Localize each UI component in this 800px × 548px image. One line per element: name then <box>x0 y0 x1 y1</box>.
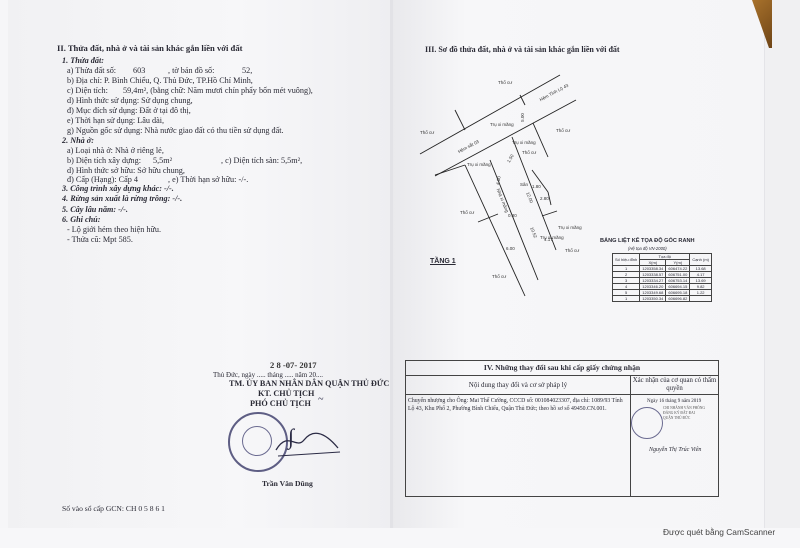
note-1: - Lộ giới hẻm theo hiện hữu. <box>67 225 161 235</box>
th-edge: Cạnh (m) <box>690 254 712 266</box>
house-type: a) Loại nhà ở: Nhà ở riêng lẻ, <box>67 146 164 156</box>
coordinate-table: Số hiệu đỉnh Tọa độ Cạnh (m) X(m) Y(m) 1… <box>612 253 712 302</box>
coord-row: 11203350.34606696.82 <box>613 296 712 302</box>
coord-cell: 1203338.57 <box>640 272 666 278</box>
page-fold <box>390 0 393 528</box>
signature-initial: ~ <box>318 394 323 405</box>
registry-number: Số vào sổ cấp GCN: CH 0 5 8 6 1 <box>62 504 165 514</box>
coord-cell <box>690 296 712 302</box>
vice-chair-title: PHÓ CHỦ TỊCH <box>250 399 311 409</box>
use-term: e) Thời hạn sử dụng: Lâu dài, <box>67 116 164 126</box>
area-value: 59,4m², (bằng chữ: Năm mươi chín phẩy bố… <box>123 86 313 96</box>
coord-cell: 1203358.34 <box>640 266 666 272</box>
label-residential-right: Thổ cư <box>556 128 570 133</box>
label-pillar-1: Trụ xi măng <box>490 122 514 127</box>
signature-stroke <box>268 420 348 460</box>
changes-title: IV. Những thay đổi sau khi cấp giấy chứn… <box>406 361 718 376</box>
land-origin: g) Nguồn gốc sử dụng: Nhà nước giao đất … <box>67 126 284 136</box>
map-number: 52, <box>242 66 252 76</box>
chair-title: KT. CHỦ TỊCH <box>258 389 314 399</box>
coord-table-title: BẢNG LIỆT KÊ TỌA ĐỘ GÓC RANH <box>600 238 695 244</box>
coord-cell: 1203334.27 <box>640 278 666 284</box>
parcel-number: 603 <box>133 66 145 76</box>
use-purpose: đ) Mục đích sử dụng: Đất ở tại đô thị, <box>67 106 191 116</box>
confirm-signer: Nguyễn Thị Trúc Viên <box>649 447 701 453</box>
coord-table-subtitle: (Hệ tọa độ VN-2000) <box>628 246 667 251</box>
branch-stamp <box>631 407 663 439</box>
label-pillar-3: Trụ xi măng <box>467 162 491 167</box>
parcel-label: a) Thửa đất số: <box>67 66 116 76</box>
coord-cell: 1203350.34 <box>640 296 666 302</box>
camscanner-watermark: Được quét bằng CamScanner <box>663 527 775 537</box>
section-ii-title: II. Thửa đất, nhà ở và tài sản khác gắn … <box>57 43 242 53</box>
dim-6: 1.80 <box>532 184 541 189</box>
land-heading: 1. Thửa đất: <box>62 56 104 66</box>
label-pillar-4: Trụ xi măng <box>558 225 582 230</box>
dim-10: 0.80 <box>508 213 517 218</box>
label-residential-mid: Thổ cư <box>522 150 536 155</box>
own-term: , e) Thời hạn sở hữu: -/-. <box>168 175 248 185</box>
build-area-value: 5,5m² <box>153 156 172 166</box>
notes-heading: 6. Ghi chú: <box>62 215 100 225</box>
confirmation-cell: Ngày 16 tháng 9 năm 2019 CHI NHÁNH VĂN P… <box>631 395 718 496</box>
area-label: c) Diện tích: <box>67 86 108 96</box>
address: b) Địa chỉ: P. Bình Chiểu, Q. Thủ Đức, T… <box>67 76 253 86</box>
map-label: , tờ bản đồ số: <box>168 66 214 76</box>
signer-name: Trần Văn Dũng <box>262 479 313 489</box>
confirm-lines: CHI NHÁNH VĂN PHÒNG ĐĂNG KÝ ĐẤT ĐAI QUẬN… <box>663 406 705 421</box>
forest: 4. Rừng sản xuất là rừng trồng: -/-. <box>62 194 182 204</box>
house-heading: 2. Nhà ở: <box>62 136 94 146</box>
coord-cell: 1203346.20 <box>640 284 666 290</box>
dim-1: 5.00 <box>520 113 525 122</box>
confirm-date: Ngày 16 tháng 9 năm 2019 <box>647 399 701 404</box>
coord-cell: 606474.22 <box>666 266 690 272</box>
label-pillar-2: Trụ xi măng <box>512 140 536 145</box>
label-residential-lower-right: Thổ cư <box>565 248 579 253</box>
coord-cell: 1203349.68 <box>640 290 666 296</box>
use-form: d) Hình thức sử dụng: Sử dụng chung, <box>67 96 193 106</box>
coord-cell: 606751.00 <box>666 272 690 278</box>
build-area-label: b) Diện tích xây dựng: <box>67 156 141 166</box>
dim-7: 2.80 <box>540 196 549 201</box>
coord-cell: 606694.15 <box>666 284 690 290</box>
change-entry: Chuyển nhượng cho Ông: Mai Thế Cường, CC… <box>406 395 631 496</box>
label-yard: Sân <box>520 182 528 187</box>
changes-table: IV. Những thay đổi sau khi cấp giấy chứn… <box>405 360 719 497</box>
coord-cell: 606753.14 <box>666 278 690 284</box>
floor-label: TẦNG 1 <box>430 258 456 265</box>
label-residential-top: Thổ cư <box>498 80 512 85</box>
note-2: - Thửa cũ: Mpt 585. <box>67 235 133 245</box>
section-iii-title: III. Sơ đồ thửa đất, nhà ở và tài sản kh… <box>425 45 620 55</box>
changes-col-confirm: Xác nhận của cơ quan có thẩm quyền <box>631 376 718 394</box>
coord-cell: 1 <box>613 296 640 302</box>
perennial: 5. Cây lâu năm: -/-. <box>62 205 128 215</box>
floor-area: , c) Diện tích sàn: 5,5m², <box>221 156 302 166</box>
label-residential-left: Thổ cư <box>420 130 434 135</box>
other-construction: 3. Công trình xây dựng khác: -/-. <box>62 184 174 194</box>
scan-edge <box>764 0 800 548</box>
dim-8: 6.00 <box>506 246 515 251</box>
th-vertex: Số hiệu đỉnh <box>613 254 640 266</box>
label-residential-lower-left: Thổ cư <box>460 210 474 215</box>
parcel-lines <box>410 70 610 300</box>
label-residential-bottom: Thổ cư <box>492 274 506 279</box>
coord-cell: 606695.18 <box>666 290 690 296</box>
stamp-date: 2 8 -07- 2017 <box>270 360 317 370</box>
dim-9: 4.17 <box>544 237 553 242</box>
authority: TM. ỦY BAN NHÂN DÂN QUẬN THỦ ĐỨC <box>229 379 389 389</box>
coord-cell: 606696.82 <box>666 296 690 302</box>
confirm-line-3: QUẬN THỦ ĐỨC <box>663 416 705 421</box>
changes-col-content: Nội dung thay đổi và cơ sở pháp lý <box>406 376 631 394</box>
parcel-diagram: Thổ cư Hẻm Tỉnh Lộ 43 Thổ cư Thổ cư Trụ … <box>410 70 610 300</box>
